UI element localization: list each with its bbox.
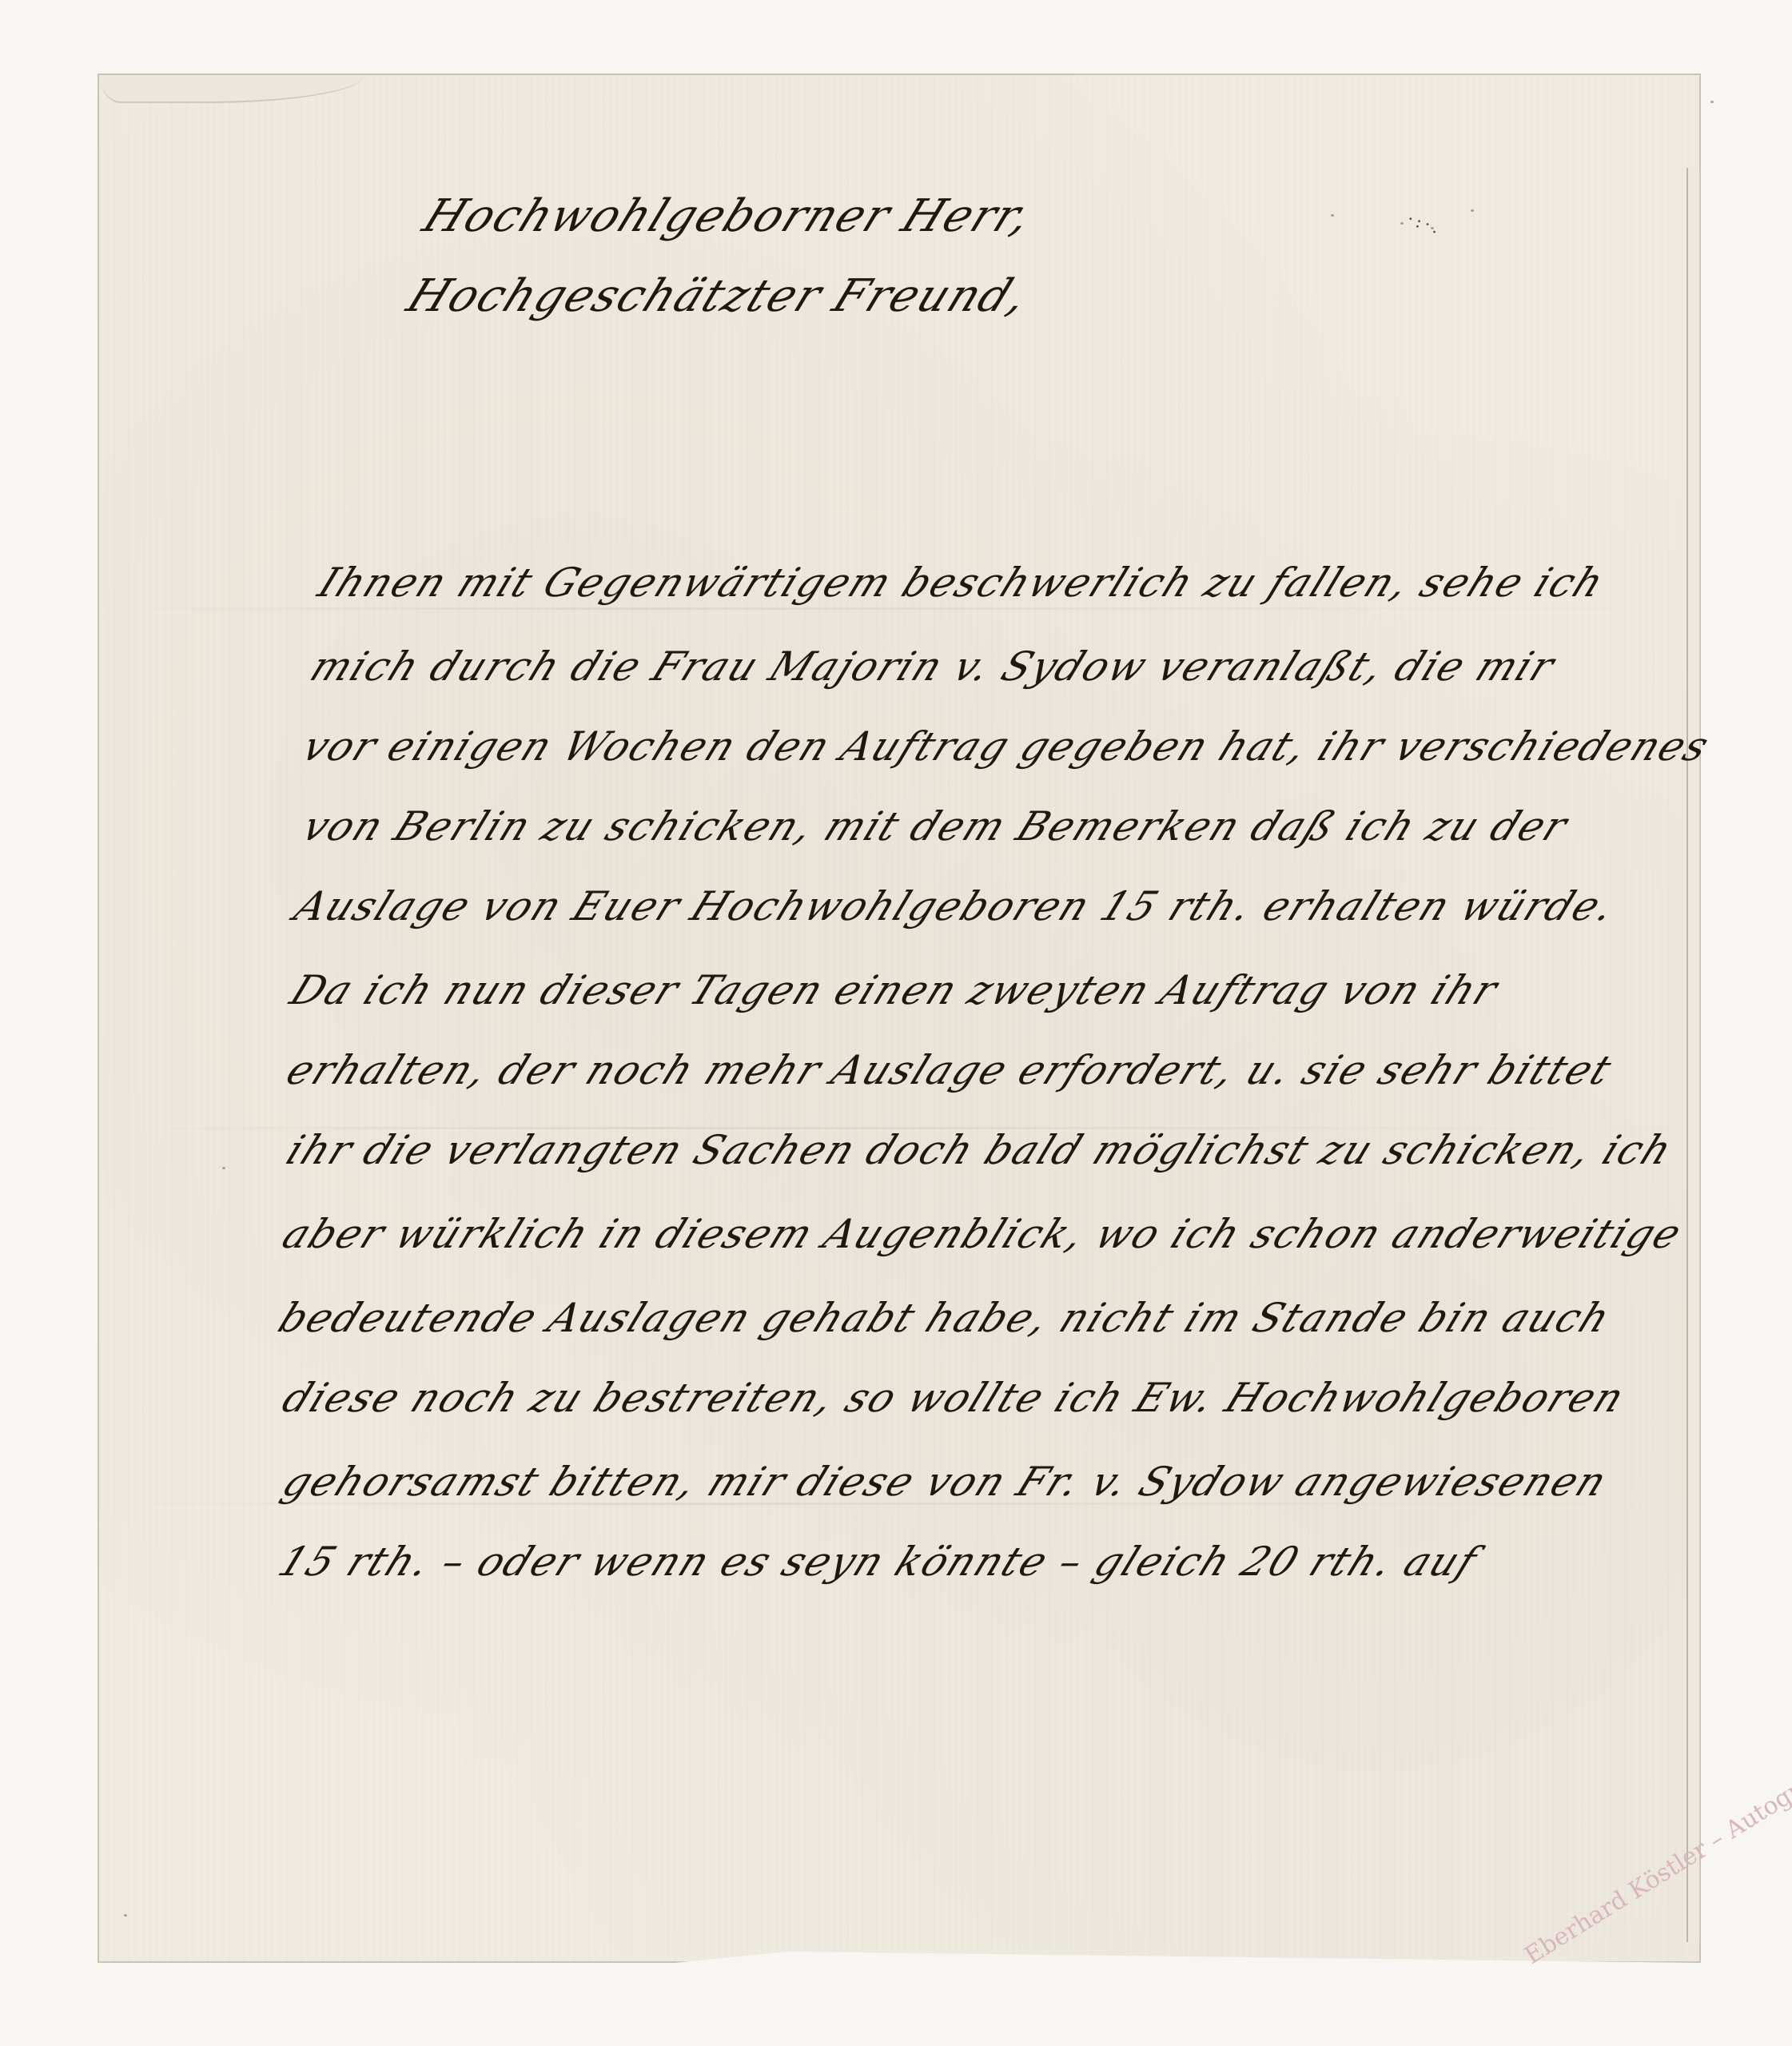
body-line: Ihnen mit Gegenwärtigem beschwerlich zu … <box>312 559 1612 606</box>
body-line: diese noch zu bestreiten, so wollte ich … <box>276 1375 1632 1421</box>
body-line: Da ich nun dieser Tagen einen zweyten Au… <box>284 967 1506 1013</box>
salutation-line-2: Hochgeschätzter Freund, <box>400 270 1037 322</box>
letter-paper <box>98 74 1701 1963</box>
body-line: mich durch die Frau Majorin v. Sydow ver… <box>304 643 1563 690</box>
body-line: vor einigen Wochen den Auftrag gegeben h… <box>296 723 1717 770</box>
body-line: bedeutende Auslagen gehabt habe, nicht i… <box>272 1295 1619 1341</box>
body-line: 15 rth. – oder wenn es seyn könnte – gle… <box>272 1538 1485 1585</box>
salutation-line-1: Hochwohlgeborner Herr, <box>416 190 1041 242</box>
body-line: erhalten, der noch mehr Auslage erforder… <box>280 1047 1619 1093</box>
fold-crease <box>98 607 1698 610</box>
paper-edge-strip <box>1686 168 1700 1942</box>
body-line: Auslage von Euer Hochwohlgeboren 15 rth.… <box>288 883 1623 929</box>
body-line: aber würklich in diesem Augenblick, wo i… <box>276 1211 1690 1257</box>
body-line: ihr die verlangten Sachen doch bald mögl… <box>280 1127 1680 1173</box>
body-line: gehorsamst bitten, mir diese von Fr. v. … <box>276 1459 1615 1505</box>
body-line: von Berlin zu schicken, mit dem Bemerken… <box>296 803 1575 850</box>
